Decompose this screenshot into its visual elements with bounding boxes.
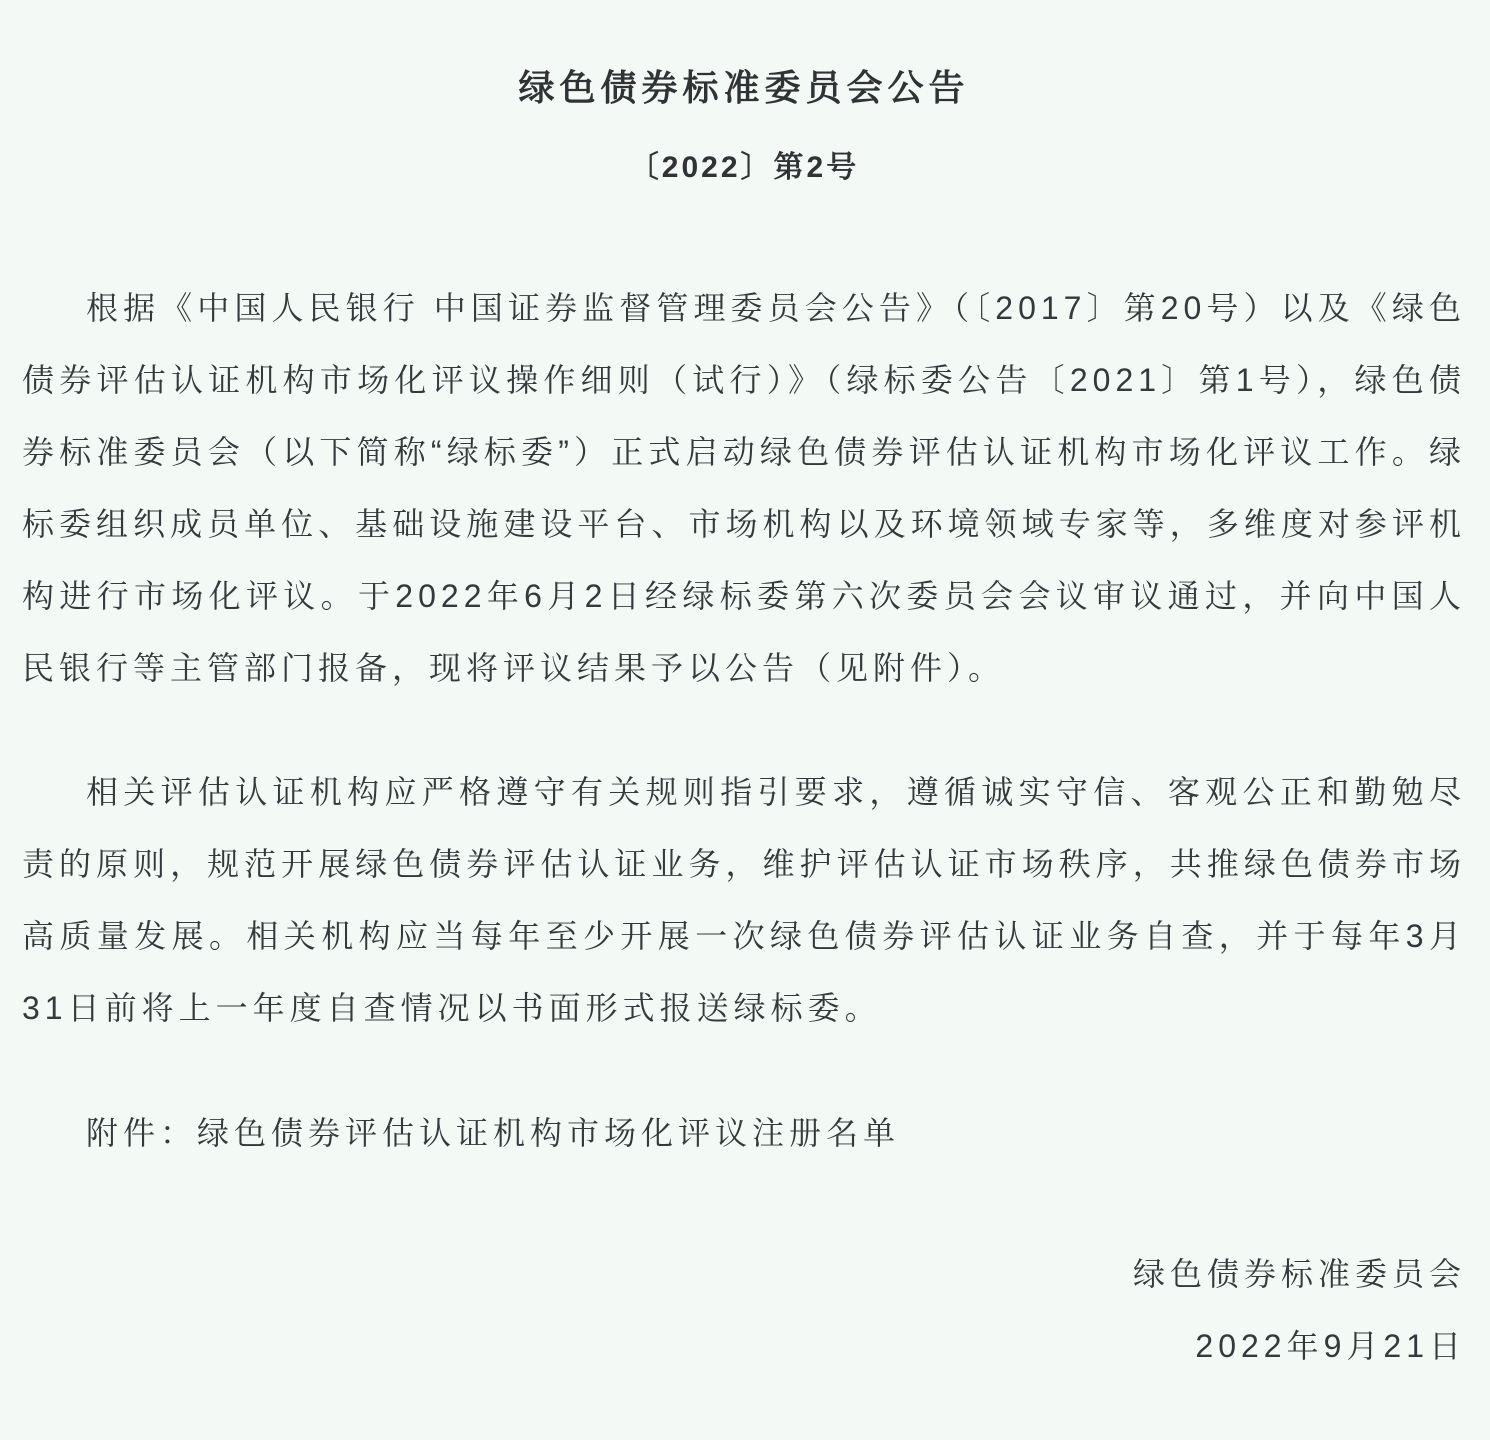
attachment-line: 附件：绿色债券评估认证机构市场化评议注册名单 <box>22 1097 1466 1169</box>
issuer-name: 绿色债券标准委员会 <box>22 1238 1466 1310</box>
doc-number: 〔2022〕第2号 <box>22 146 1466 190</box>
body-paragraph: 根据《中国人民银行 中国证券监督管理委员会公告》（〔2017〕第20号）以及《绿… <box>22 272 1466 704</box>
announcement-document: 绿色债券标准委员会公告 〔2022〕第2号 根据《中国人民银行 中国证券监督管理… <box>0 0 1490 1440</box>
announcement-page: { "page": { "background_color": "#f3f9f4… <box>0 0 1490 1440</box>
body-paragraph: 相关评估认证机构应严格遵守有关规则指引要求，遵循诚实守信、客观公正和勤勉尽责的原… <box>22 756 1466 1044</box>
page-title: 绿色债券标准委员会公告 <box>22 66 1466 110</box>
signature-block: 绿色债券标准委员会 2022年9月21日 <box>22 1238 1466 1382</box>
issue-date: 2022年9月21日 <box>22 1310 1466 1382</box>
announcement-body: 根据《中国人民银行 中国证券监督管理委员会公告》（〔2017〕第20号）以及《绿… <box>22 272 1466 1044</box>
